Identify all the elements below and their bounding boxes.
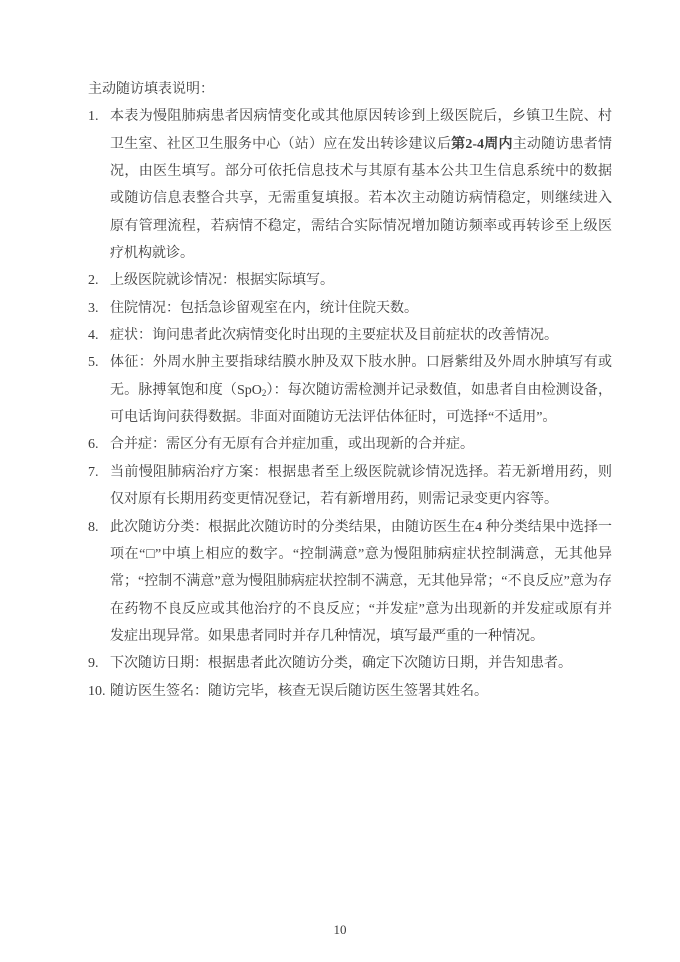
list-item: 9. 下次随访日期：根据患者此次随访分类，确定下次随访日期，并告知患者。	[88, 650, 612, 677]
list-item: 8. 此次随访分类：根据此次随访时的分类结果，由随访医生在4 种分类结果中选择一…	[88, 514, 612, 651]
list-item: 2. 上级医院就诊情况：根据实际填写。	[88, 267, 612, 294]
item-text: 随访医生签名：随访完毕，核查无误后随访医生签署其姓名。	[110, 678, 612, 705]
item-number: 4.	[88, 322, 110, 349]
list-item: 10. 随访医生签名：随访完毕，核查无误后随访医生签署其姓名。	[88, 678, 612, 705]
item-number: 1.	[88, 103, 110, 130]
item-text: 此次随访分类：根据此次随访时的分类结果，由随访医生在4 种分类结果中选择一项在“…	[110, 514, 612, 651]
item-number: 7.	[88, 459, 110, 486]
item-number: 6.	[88, 431, 110, 458]
document-title: 主动随访填表说明：	[88, 76, 612, 103]
item-text: 合并症：需区分有无原有合并症加重，或出现新的合并症。	[110, 431, 612, 458]
item-number: 2.	[88, 267, 110, 294]
item-text: 体征：外周水肿主要指球结膜水肿及双下肢水肿。口唇紫绀及外周水肿填写有或无。脉搏氧…	[110, 349, 612, 431]
item-number: 8.	[88, 514, 110, 541]
list-item: 1. 本表为慢阻肺病患者因病情变化或其他原因转诊到上级医院后，乡镇卫生院、村卫生…	[88, 103, 612, 267]
item-text: 当前慢阻肺病治疗方案：根据患者至上级医院就诊情况选择。若无新增用药，则仅对原有长…	[110, 459, 612, 514]
item-text: 本表为慢阻肺病患者因病情变化或其他原因转诊到上级医院后，乡镇卫生院、村卫生室、社…	[110, 103, 612, 267]
item-text: 上级医院就诊情况：根据实际填写。	[110, 267, 612, 294]
list-item: 3. 住院情况：包括急诊留观室在内，统计住院天数。	[88, 295, 612, 322]
item-text: 住院情况：包括急诊留观室在内，统计住院天数。	[110, 295, 612, 322]
item-number: 5.	[88, 349, 110, 376]
document-page: 主动随访填表说明： 1. 本表为慢阻肺病患者因病情变化或其他原因转诊到上级医院后…	[0, 0, 680, 962]
item-number: 9.	[88, 650, 110, 677]
list-item: 5. 体征：外周水肿主要指球结膜水肿及双下肢水肿。口唇紫绀及外周水肿填写有或无。…	[88, 349, 612, 431]
list-item: 6. 合并症：需区分有无原有合并症加重，或出现新的合并症。	[88, 431, 612, 458]
page-number: 10	[0, 922, 680, 938]
list-item: 4. 症状：询问患者此次病情变化时出现的主要症状及目前症状的改善情况。	[88, 322, 612, 349]
item-text: 下次随访日期：根据患者此次随访分类，确定下次随访日期，并告知患者。	[110, 650, 612, 677]
item-text: 症状：询问患者此次病情变化时出现的主要症状及目前症状的改善情况。	[110, 322, 612, 349]
document-content: 主动随访填表说明： 1. 本表为慢阻肺病患者因病情变化或其他原因转诊到上级医院后…	[88, 76, 612, 705]
item-number: 3.	[88, 295, 110, 322]
list-item: 7. 当前慢阻肺病治疗方案：根据患者至上级医院就诊情况选择。若无新增用药，则仅对…	[88, 459, 612, 514]
item-number: 10.	[88, 678, 110, 705]
